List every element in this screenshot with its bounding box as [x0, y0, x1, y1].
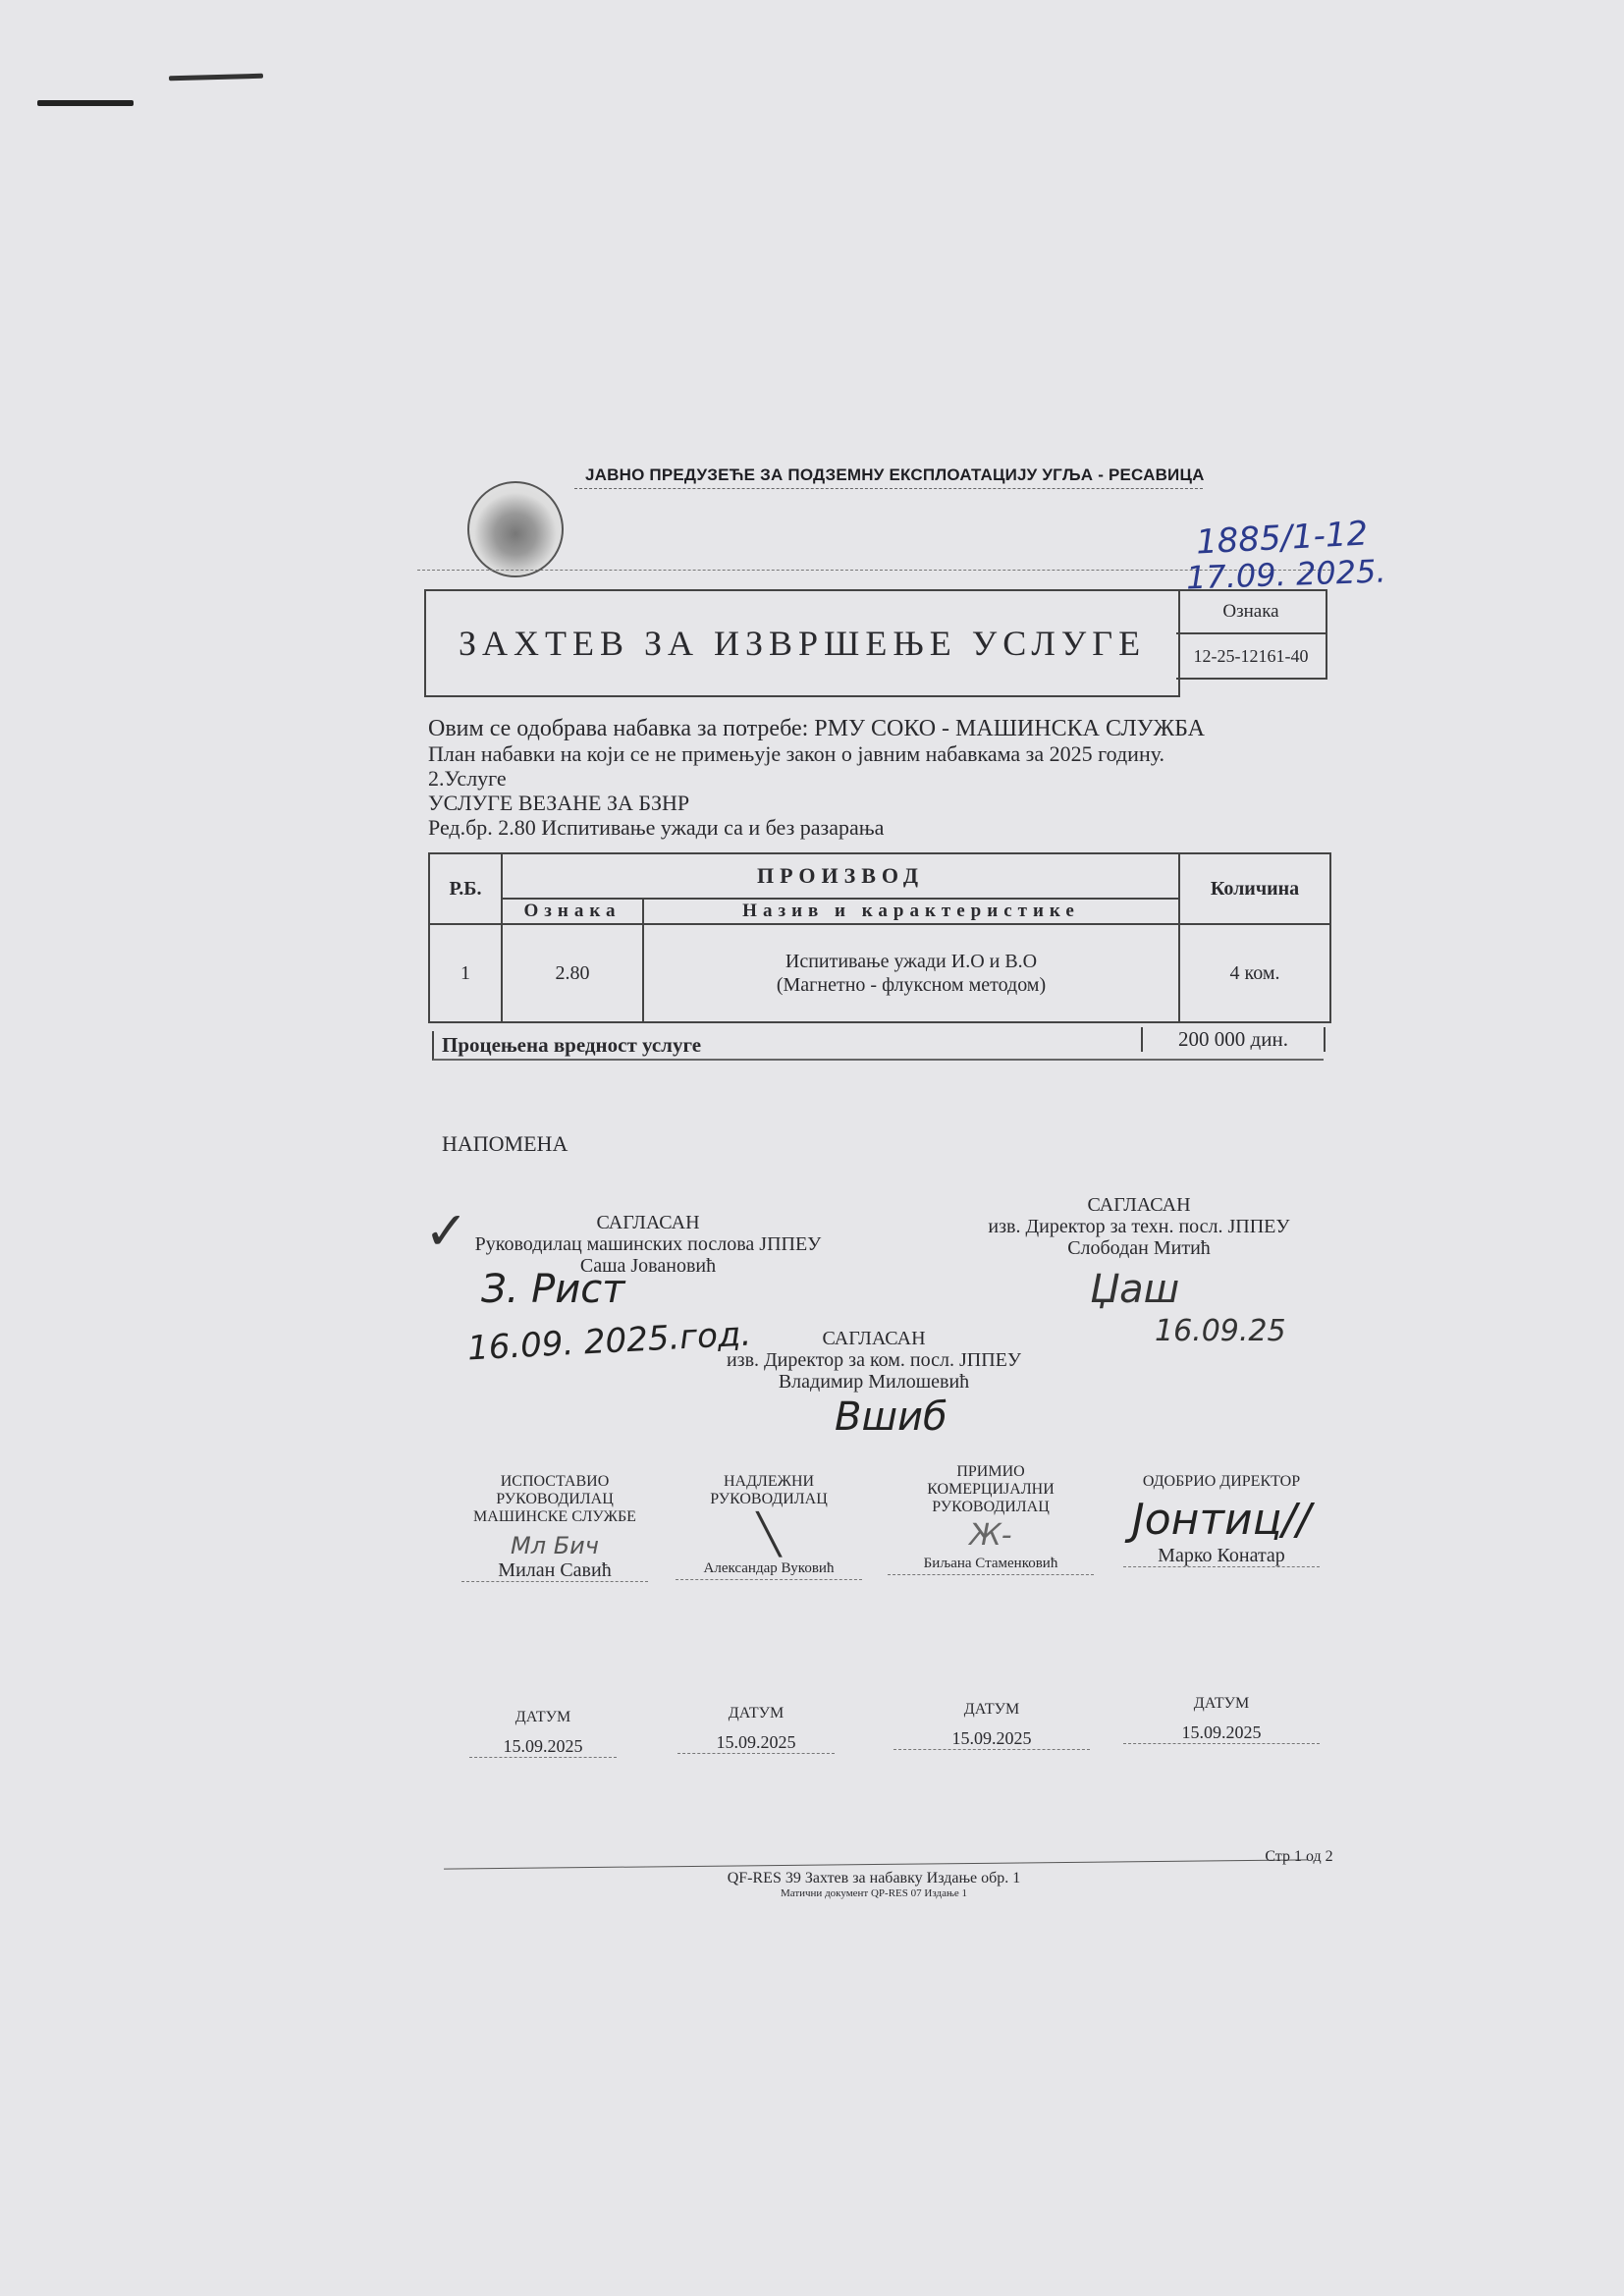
footer-divider [444, 1859, 1308, 1869]
handwritten-signature: З. Рист [481, 1267, 624, 1312]
intro-line: 2.Услуге [428, 766, 1205, 791]
handwritten-signature: Јонтиц// [1123, 1495, 1320, 1545]
date-label: ДАТУМ [893, 1701, 1090, 1719]
approval-block: САГЛАСАН изв. Директор за техн. посл. ЈП… [943, 1194, 1335, 1259]
note-label: НАПОМЕНА [442, 1131, 568, 1157]
signatory: ИСПОСТАВИО РУКОВОДИЛАЦ МАШИНСКЕ СЛУЖБЕ М… [461, 1473, 648, 1582]
date-line [893, 1749, 1090, 1750]
table-row: 1 2.80 Испитивање ужади И.О и В.О (Магне… [429, 924, 1330, 1022]
col-code: Ознака [502, 899, 643, 924]
approval-status: САГЛАСАН [943, 1194, 1335, 1216]
footer-form-title: QF-RES 39 Захтев за набавку Издање обр. … [628, 1870, 1119, 1887]
handwritten-date: 16.09.25 [1155, 1314, 1286, 1348]
signatory: НАДЛЕЖНИ РУКОВОДИЛАЦ ╲ Александар Вукови… [676, 1473, 862, 1580]
handwritten-signature: Вшиб [835, 1394, 947, 1440]
signatory-role: ИСПОСТАВИО [461, 1473, 648, 1491]
estimated-value-label: Процењена вредност услуге [442, 1033, 701, 1058]
cell-code: 2.80 [502, 924, 643, 1022]
scan-artifact-mark [169, 74, 263, 82]
signatory: ОДОБРИО ДИРЕКТОР Јонтиц// Марко Конатар [1123, 1473, 1320, 1567]
intro-line: УСЛУГЕ ВЕЗАНЕ ЗА БЗНР [428, 791, 1205, 815]
signatory-role: НАДЛЕЖНИ [676, 1473, 862, 1491]
signatory-name: Биљана Стаменковић [888, 1553, 1094, 1574]
intro-line: Овим се одобрава набавка за потребе: РМУ… [428, 717, 1205, 741]
signatory-name: Марко Конатар [1123, 1545, 1320, 1566]
handwritten-signature: Џаш [1090, 1267, 1179, 1312]
approval-role: изв. Директор за ком. посл. ЈППЕУ [677, 1349, 1070, 1371]
document-title: ЗАХТЕВ ЗА ИЗВРШЕЊЕ УСЛУГЕ [424, 589, 1180, 697]
organization-name: ЈАВНО ПРЕДУЗЕЋЕ ЗА ПОДЗЕМНУ ЕКСПЛОАТАЦИЈ… [585, 465, 1205, 485]
handwritten-signature: Ж- [888, 1518, 1094, 1553]
signature-line [888, 1574, 1094, 1575]
approval-name: Владимир Милошевић [677, 1371, 1070, 1393]
signature-line [461, 1581, 648, 1582]
handwritten-signature: Мл Бич [461, 1532, 648, 1559]
signature-line [1123, 1566, 1320, 1567]
approval-status: САГЛАСАН [677, 1328, 1070, 1349]
date-label: ДАТУМ [677, 1705, 835, 1722]
date-line [677, 1753, 835, 1754]
col-rb: Р.Б. [429, 853, 502, 924]
handwritten-signature: ╲ [676, 1512, 862, 1558]
signature-line [676, 1579, 862, 1580]
date-value: 15.09.2025 [677, 1732, 835, 1753]
estimated-value: 200 000 дин. [1141, 1027, 1326, 1052]
signatory-name: Милан Савић [461, 1559, 648, 1581]
code-value: 12-25-12161-40 [1176, 634, 1326, 678]
col-product: ПРОИЗВОД [502, 853, 1179, 899]
col-quantity: Количина [1179, 853, 1330, 924]
col-name: Назив и карактеристике [643, 899, 1179, 924]
intro-line: План набавки на који се не примењује зак… [428, 741, 1205, 766]
scan-artifact-mark [37, 100, 134, 106]
header-divider [574, 488, 1203, 489]
cell-name-line: Испитивање ужади И.О и В.О [645, 950, 1177, 973]
signatory-role: ОДОБРИО ДИРЕКТОР [1123, 1473, 1320, 1491]
code-label: Ознака [1176, 591, 1326, 634]
cell-name-line: (Магнетно - флуксном методом) [645, 973, 1177, 997]
date-block: ДАТУМ 15.09.2025 [893, 1701, 1090, 1750]
approval-role: изв. Директор за техн. посл. ЈППЕУ [943, 1216, 1335, 1237]
date-label: ДАТУМ [1123, 1695, 1320, 1713]
estimated-value-row: Процењена вредност услуге 200 000 дин. [432, 1031, 1324, 1061]
date-value: 15.09.2025 [893, 1728, 1090, 1749]
product-table: Р.Б. ПРОИЗВОД Количина Ознака Назив и ка… [428, 852, 1331, 1023]
company-logo [467, 481, 564, 577]
date-value: 15.09.2025 [469, 1736, 617, 1757]
approval-status: САГЛАСАН [432, 1212, 864, 1233]
signatory-role: ПРИМИО [888, 1463, 1094, 1481]
approval-name: Слободан Митић [943, 1237, 1335, 1259]
checkmark-icon: ✓ [424, 1200, 468, 1262]
intro-text: Овим се одобрава набавка за потребе: РМУ… [428, 717, 1205, 840]
signatory-role: РУКОВОДИЛАЦ [888, 1499, 1094, 1516]
signatory-name: Александар Вуковић [676, 1558, 862, 1579]
approval-block: САГЛАСАН изв. Директор за ком. посл. ЈПП… [677, 1328, 1070, 1393]
date-line [469, 1757, 617, 1758]
signatory-role: РУКОВОДИЛАЦ [676, 1491, 862, 1508]
date-block: ДАТУМ 15.09.2025 [1123, 1695, 1320, 1744]
cell-quantity: 4 ком. [1179, 924, 1330, 1022]
cell-name: Испитивање ужади И.О и В.О (Магнетно - ф… [643, 924, 1179, 1022]
approval-role: Руководилац машинских послова ЈППЕУ [432, 1233, 864, 1255]
signatory: ПРИМИО КОМЕРЦИЈАЛНИ РУКОВОДИЛАЦ Ж- Биљан… [888, 1463, 1094, 1575]
page-number: Стр 1 од 2 [1245, 1848, 1353, 1866]
intro-line: Ред.бр. 2.80 Испитивање ужади са и без р… [428, 815, 1205, 840]
document-code-box: Ознака 12-25-12161-40 [1176, 589, 1327, 680]
date-value: 15.09.2025 [1123, 1722, 1320, 1743]
signatory-role: МАШИНСКЕ СЛУЖБЕ [461, 1508, 648, 1526]
footer-form-subtitle: Матични документ QP-RES 07 Издање 1 [687, 1887, 1060, 1899]
date-block: ДАТУМ 15.09.2025 [677, 1705, 835, 1754]
signatory-role: РУКОВОДИЛАЦ [461, 1491, 648, 1508]
signatory-role: КОМЕРЦИЈАЛНИ [888, 1481, 1094, 1499]
date-label: ДАТУМ [469, 1709, 617, 1726]
date-block: ДАТУМ 15.09.2025 [469, 1709, 617, 1758]
date-line [1123, 1743, 1320, 1744]
cell-rb: 1 [429, 924, 502, 1022]
